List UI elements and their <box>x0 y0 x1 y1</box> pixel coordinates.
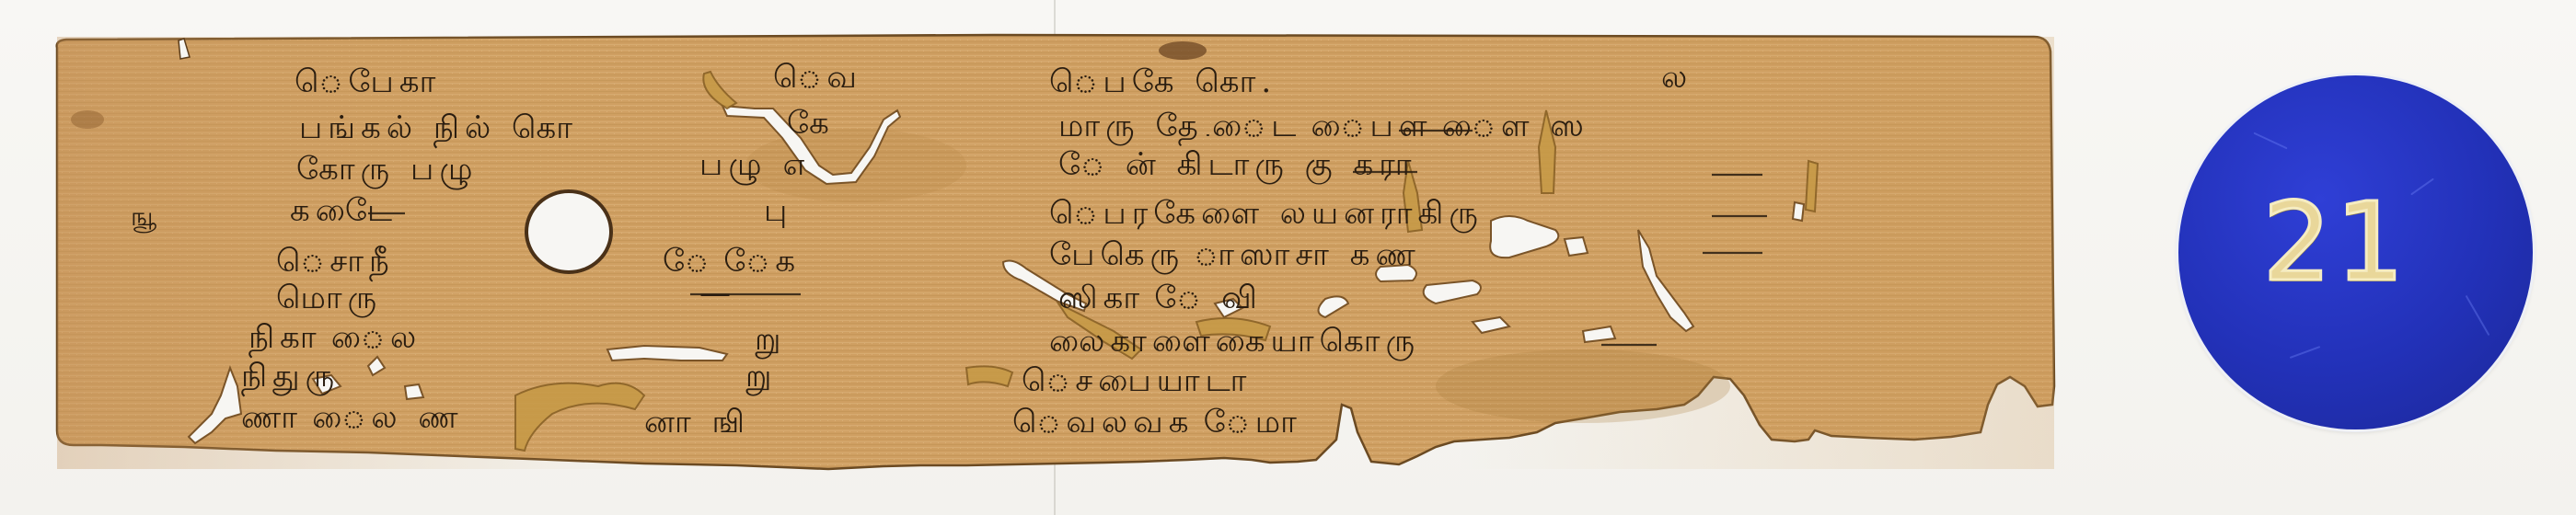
text-line: ெபகே கொ. <box>1049 63 1276 100</box>
text-line: று <box>745 358 777 395</box>
right-edge-mark: ல <box>1661 59 1692 96</box>
string-hole <box>526 191 611 272</box>
text-line: லைகாளைகையாகொரு <box>1049 323 1420 360</box>
text-line: கடேை <box>290 192 398 229</box>
text-line: நிதுரு <box>241 358 340 397</box>
text-line: ெவலவக ேமா <box>1012 404 1302 441</box>
text-line: கோரு பழு <box>296 151 479 189</box>
text-line: னா ஙி <box>644 404 750 441</box>
text-line: ஸிகா ே வி <box>1058 280 1263 316</box>
text-line: பு <box>764 192 792 229</box>
text-line: ெசாநீ <box>276 243 395 281</box>
text-line: பேகெரு ாஸாசா கண <box>1049 236 1421 274</box>
text-line: ே ேக <box>663 243 801 280</box>
text-line: பங்கல் நில் கொ <box>299 109 578 149</box>
text-line: ெபேகா <box>295 63 441 100</box>
text-line: று <box>755 321 786 359</box>
text-line: ே ன் கிடாரு கு கரா <box>1058 146 1417 184</box>
text-line: ெவ <box>773 59 862 96</box>
text-line: நிகா ைல <box>248 319 422 359</box>
margin-mark: ஙூ <box>131 201 156 234</box>
text-line: ெபரகேளை லயனராகிரு <box>1049 195 1484 233</box>
text-line: மாரு தே.ைட ைபள ைள ஸ <box>1058 108 1589 146</box>
text-line: கே <box>787 105 835 142</box>
catalog-number-disc: 21 <box>2178 75 2533 429</box>
ink-stain <box>1159 41 1207 60</box>
text-line: பழு ௭ <box>699 146 812 185</box>
photo-scene: ஙூ ெபேகா பங்கல் நில் கொ கோரு பழு கடேை ெச… <box>0 0 2576 515</box>
text-line: ணா ைல ண <box>241 399 464 436</box>
catalog-number: 21 <box>2158 178 2512 305</box>
text-line: ெசபையாடா <box>1022 362 1252 399</box>
text-line: மொரு <box>276 280 382 317</box>
